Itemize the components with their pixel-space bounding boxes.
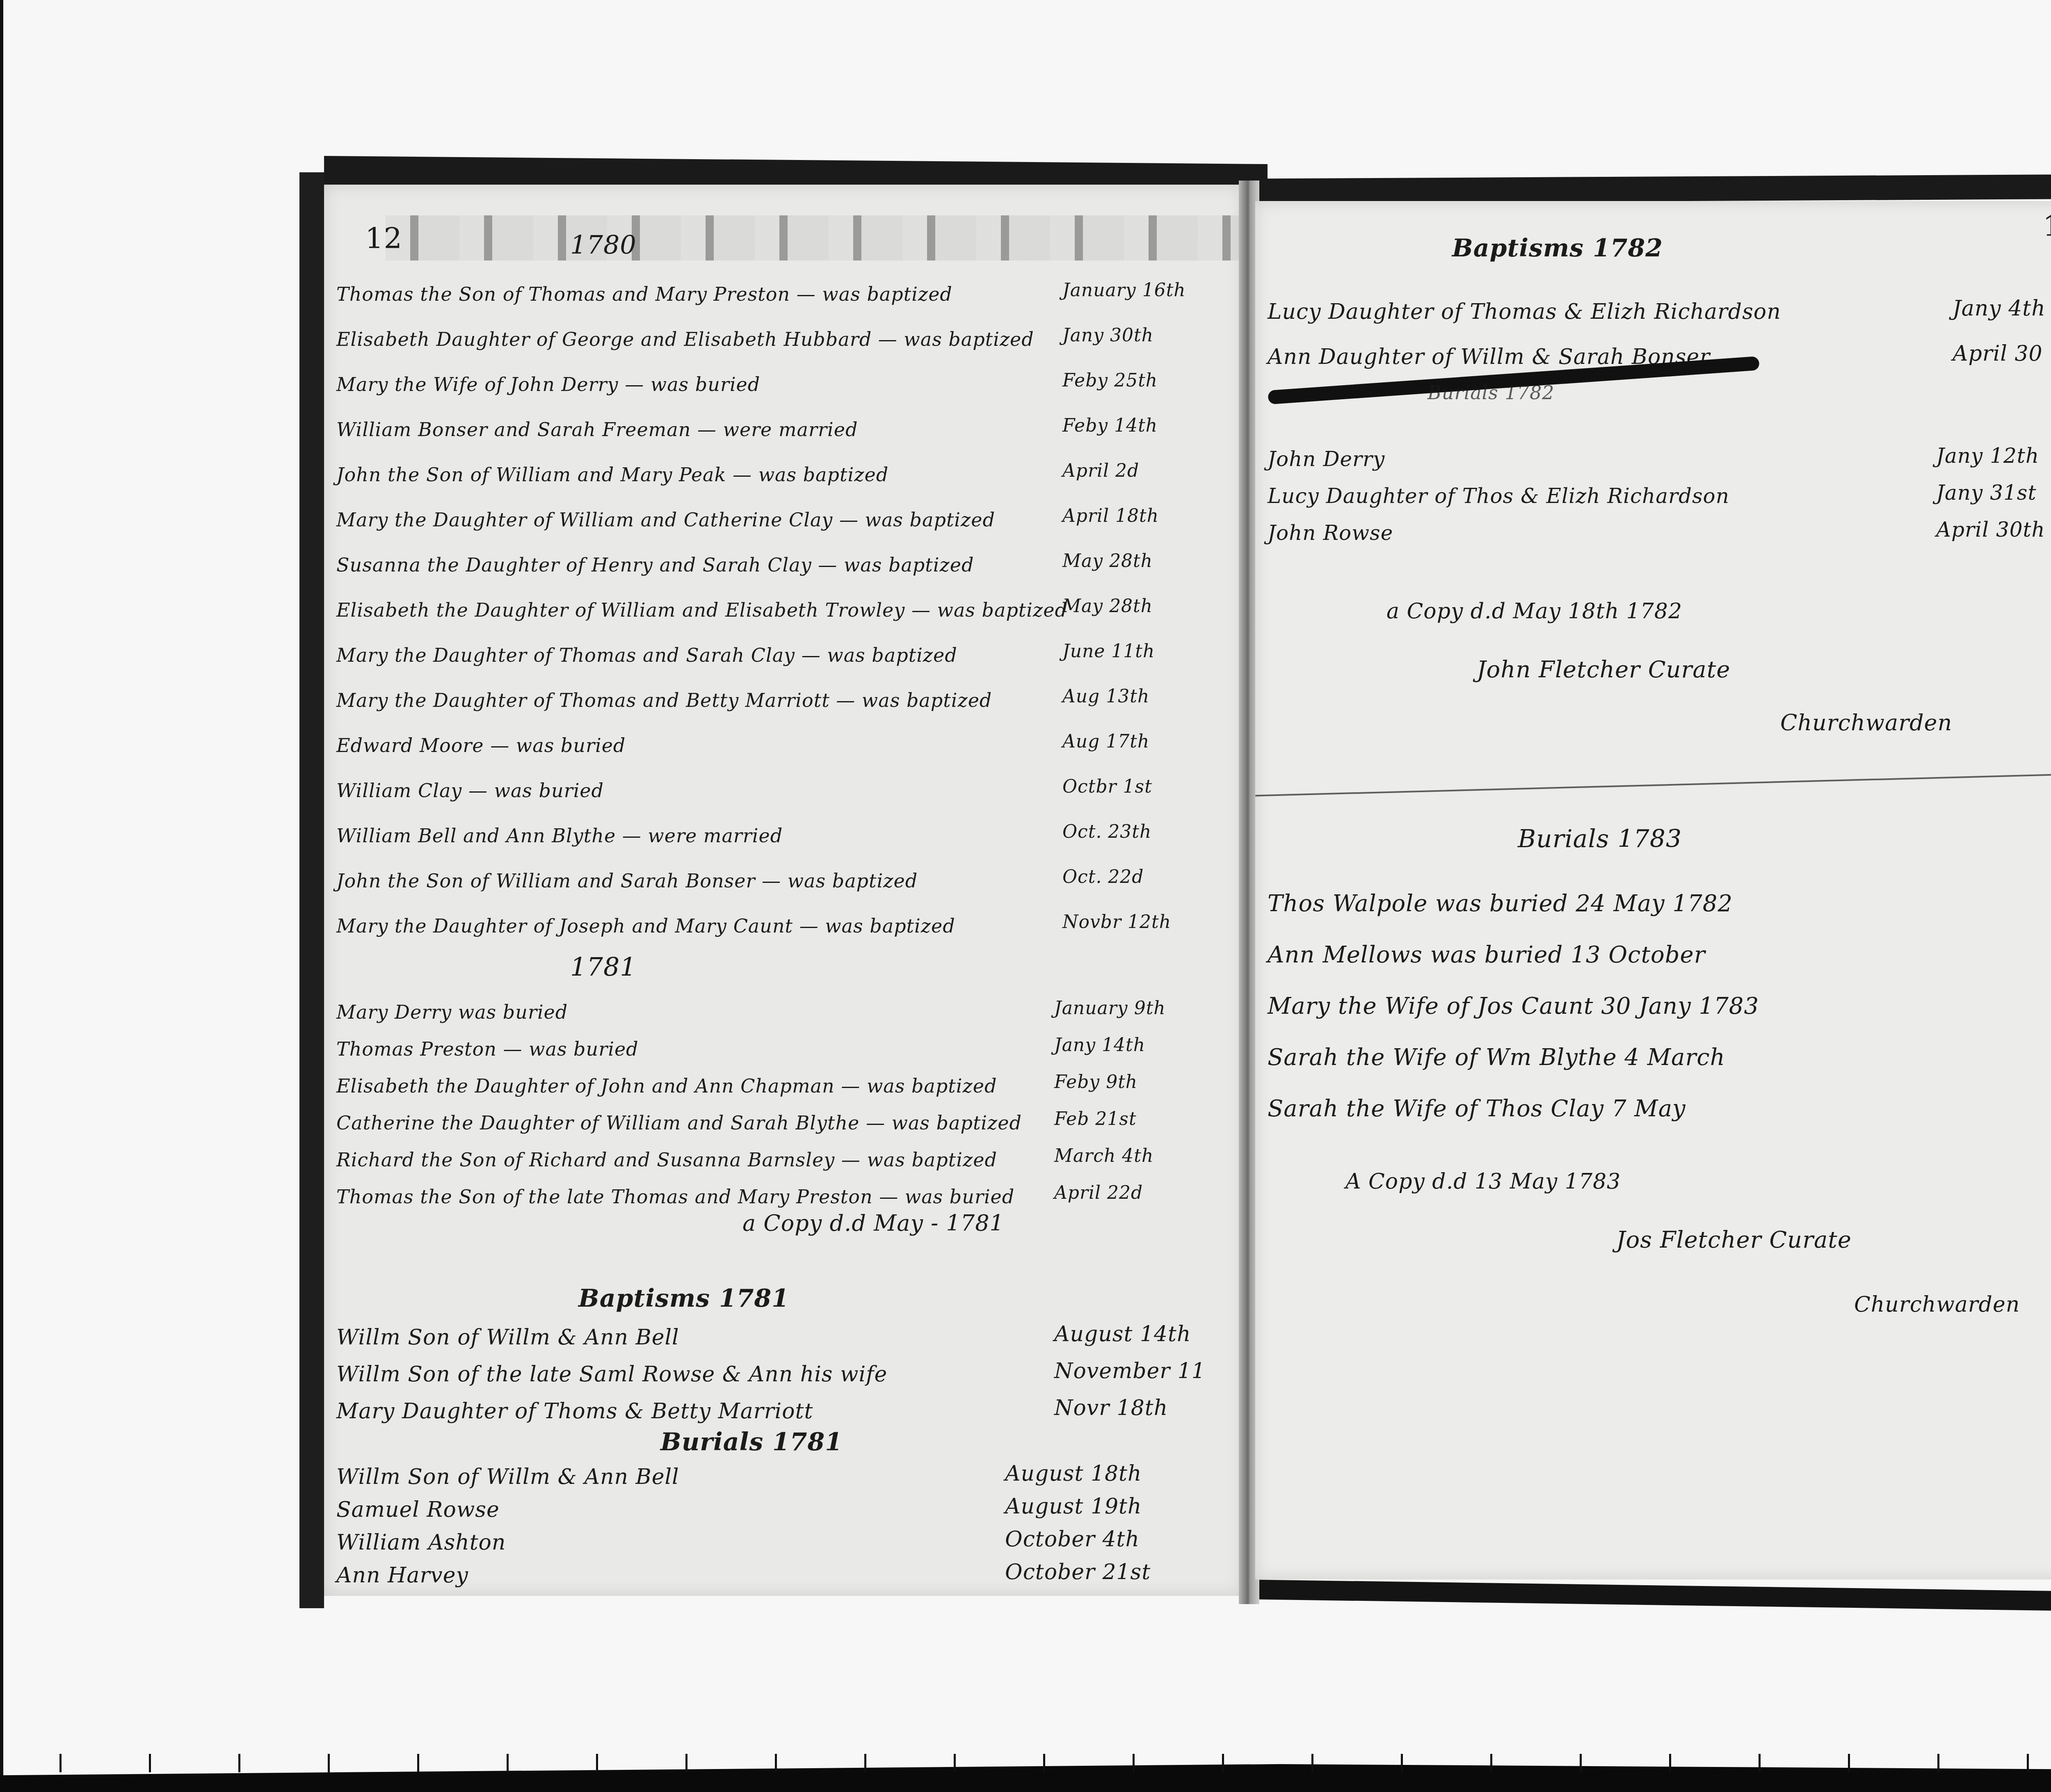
register-entry: William Bonser and Sarah Freeman — were …: [336, 418, 858, 441]
register-entry: William Clay — was buried: [336, 779, 604, 802]
ruler-tick: [954, 1754, 956, 1772]
baptisms-1781-heading: Baptisms 1781: [578, 1284, 789, 1313]
page-number: 13: [2043, 209, 2051, 243]
ruler-tick: [1133, 1754, 1135, 1772]
register-entry: Edward Moore — was buried: [336, 734, 626, 757]
ruler-tick: [1669, 1754, 1671, 1772]
register-entry: Mary the Daughter of Thomas and Sarah Cl…: [336, 644, 957, 666]
entry-date: Jany 14th: [1054, 1035, 1145, 1056]
year-heading-1780: 1780: [570, 230, 637, 260]
ruler-tick: [1311, 1754, 1313, 1772]
register-entry: Elisabeth the Daughter of John and Ann C…: [336, 1075, 997, 1097]
signature-curate: John Fletcher Curate: [1477, 656, 1730, 683]
ruler-tick: [417, 1754, 419, 1772]
book-cover-bottom: [1243, 1579, 2051, 1612]
register-entry: Willm Son of the late Saml Rowse & Ann h…: [336, 1362, 887, 1387]
signature-curate-2: Jos Fletcher Curate: [1616, 1227, 1852, 1253]
left-page: 12 1780 Thomas the Son of Thomas and Mar…: [324, 185, 1243, 1596]
register-entry: Thomas the Son of the late Thomas and Ma…: [336, 1186, 1014, 1208]
right-page: 13 Baptisms 1782 Lucy Daughter of Thomas…: [1255, 201, 2051, 1579]
ruler-tick: [1401, 1754, 1403, 1772]
ruler-tick: [1759, 1754, 1761, 1772]
signature-churchwarden: Churchwarden: [1780, 710, 1952, 736]
ruler-tick: [1937, 1754, 1939, 1772]
copy-note: a Copy d.d May 18th 1782: [1386, 599, 1682, 624]
ruler-tick: [238, 1754, 240, 1772]
entry-date: May 28th: [1062, 551, 1153, 571]
entry-date: Feby 9th: [1054, 1072, 1137, 1093]
register-entry: Mary the Wife of Jos Caunt 30 Jany 1783: [1268, 993, 1759, 1019]
entry-date: Oct. 22d: [1062, 866, 1144, 887]
register-entry: Sarah the Wife of Thos Clay 7 May: [1268, 1095, 1686, 1122]
entry-date: January 16th: [1062, 280, 1186, 301]
ruler-tick: [1580, 1754, 1582, 1772]
register-entry: Mary the Daughter of Thomas and Betty Ma…: [336, 689, 992, 711]
copy-note: a Copy d.d May - 1781: [742, 1210, 1004, 1236]
register-entry: Mary Derry was buried: [336, 1001, 568, 1023]
register-entry: John Rowse: [1268, 521, 1393, 545]
entry-date: Jany 30th: [1062, 325, 1153, 346]
register-entry: Mary the Daughter of William and Catheri…: [336, 509, 995, 531]
entry-date: August 19th: [1005, 1494, 1142, 1519]
register-entry: John the Son of William and Sarah Bonser…: [336, 870, 918, 892]
ruler-tick: [1490, 1754, 1492, 1772]
ruler-tick: [1222, 1754, 1224, 1772]
burials-1783-heading: Burials 1783: [1518, 825, 1682, 853]
burials-1782-heading: Burials 1782: [1427, 382, 1555, 404]
register-entry: Thos Walpole was buried 24 May 1782: [1268, 890, 1733, 917]
ruler-tick: [59, 1754, 62, 1772]
entry-date: October 21st: [1005, 1560, 1151, 1584]
ruler-tick: [507, 1754, 509, 1772]
entry-date: April 30: [1953, 341, 2043, 366]
entry-date: August 18th: [1005, 1461, 1142, 1486]
entry-date: Oct. 23th: [1062, 821, 1151, 842]
entry-date: Jany 31st: [1936, 481, 2037, 505]
register-entry: Ann Harvey: [336, 1563, 468, 1588]
entry-date: June 11th: [1062, 641, 1155, 662]
register-entry: Catherine the Daughter of William and Sa…: [336, 1112, 1022, 1134]
entry-date: Novbr 12th: [1062, 912, 1171, 933]
register-entry: William Ashton: [336, 1530, 506, 1555]
register-entry: Lucy Daughter of Thomas & Elizh Richards…: [1268, 299, 1781, 324]
measurement-ruler: [0, 1764, 2051, 1792]
register-entry: John Derry: [1268, 447, 1385, 471]
copy-note-2: A Copy d.d 13 May 1783: [1345, 1169, 1621, 1194]
register-entry: Samuel Rowse: [336, 1497, 500, 1522]
register-entry: Elisabeth the Daughter of William and El…: [336, 599, 1067, 621]
ruler-tick: [328, 1754, 330, 1772]
year-heading-1781: 1781: [570, 952, 637, 982]
register-entry: Willm Son of Willm & Ann Bell: [336, 1465, 679, 1489]
register-entry: Willm Son of Willm & Ann Bell: [336, 1325, 679, 1350]
entry-date: Jany 4th 1782: [1953, 296, 2051, 321]
register-entry: Mary the Daughter of Joseph and Mary Cau…: [336, 915, 955, 937]
ruler-tick: [685, 1754, 687, 1772]
entry-date: Jany 12th: [1936, 444, 2039, 468]
ruler-tick: [775, 1754, 777, 1772]
entry-date: Feby 14th: [1062, 415, 1158, 436]
page-number: 12: [365, 222, 402, 255]
ruler-tick: [2027, 1754, 2029, 1772]
entry-date: April 22d: [1054, 1182, 1143, 1203]
entry-date: Aug 13th: [1062, 686, 1149, 707]
ruler-tick: [149, 1754, 151, 1772]
ruler-tick: [1043, 1754, 1045, 1772]
page-top-stain: [386, 215, 1247, 261]
entry-date: November 11: [1054, 1359, 1206, 1383]
entry-date: March 4th: [1054, 1145, 1153, 1166]
entry-date: Feby 25th: [1062, 370, 1158, 391]
register-entry: John the Son of William and Mary Peak — …: [336, 464, 888, 486]
entry-date: Novr 18th: [1054, 1396, 1168, 1420]
register-entry: Mary Daughter of Thoms & Betty Marriott: [336, 1399, 813, 1424]
book-cover-top-right: [1243, 174, 2051, 203]
register-entry: Elisabeth Daughter of George and Elisabe…: [336, 328, 1034, 350]
section-divider: [1255, 773, 2051, 797]
entry-date: August 14th: [1054, 1322, 1191, 1346]
register-entry: Lucy Daughter of Thos & Elizh Richardson: [1268, 484, 1729, 508]
register-entry: Thomas Preston — was buried: [336, 1038, 639, 1060]
entry-date: April 2d: [1062, 460, 1139, 481]
baptisms-1782-heading: Baptisms 1782: [1452, 234, 1663, 263]
entry-date: Feb 21st: [1054, 1109, 1137, 1129]
register-entry: William Bell and Ann Blythe — were marri…: [336, 825, 783, 847]
scan-edge: [0, 0, 3, 1792]
book-cover-left: [299, 172, 324, 1608]
ruler-tick: [1848, 1754, 1850, 1772]
register-entry: Susanna the Daughter of Henry and Sarah …: [336, 554, 974, 576]
entry-date: April 18th: [1062, 505, 1159, 526]
register-entry: Thomas the Son of Thomas and Mary Presto…: [336, 283, 952, 305]
register-entry: Sarah the Wife of Wm Blythe 4 March: [1268, 1044, 1725, 1071]
entry-date: May 28th: [1062, 596, 1153, 617]
ruler-tick: [864, 1754, 866, 1772]
signature-churchwarden-2: Churchwarden: [1854, 1292, 2020, 1317]
register-entry: Mary the Wife of John Derry — was buried: [336, 373, 760, 395]
burials-1781-heading: Burials 1781: [660, 1428, 843, 1456]
entry-date: Aug 17th: [1062, 731, 1149, 752]
register-book: 12 1780 Thomas the Son of Thomas and Mar…: [299, 156, 2051, 1621]
ruler-tick: [596, 1754, 598, 1772]
entry-date: January 9th: [1054, 998, 1166, 1019]
register-entry: Richard the Son of Richard and Susanna B…: [336, 1149, 997, 1171]
entry-date: April 30th: [1936, 518, 2045, 542]
entry-date: October 4th: [1005, 1527, 1140, 1552]
entry-date: Octbr 1st: [1062, 776, 1152, 797]
register-entry: Ann Mellows was buried 13 October: [1268, 942, 1705, 968]
